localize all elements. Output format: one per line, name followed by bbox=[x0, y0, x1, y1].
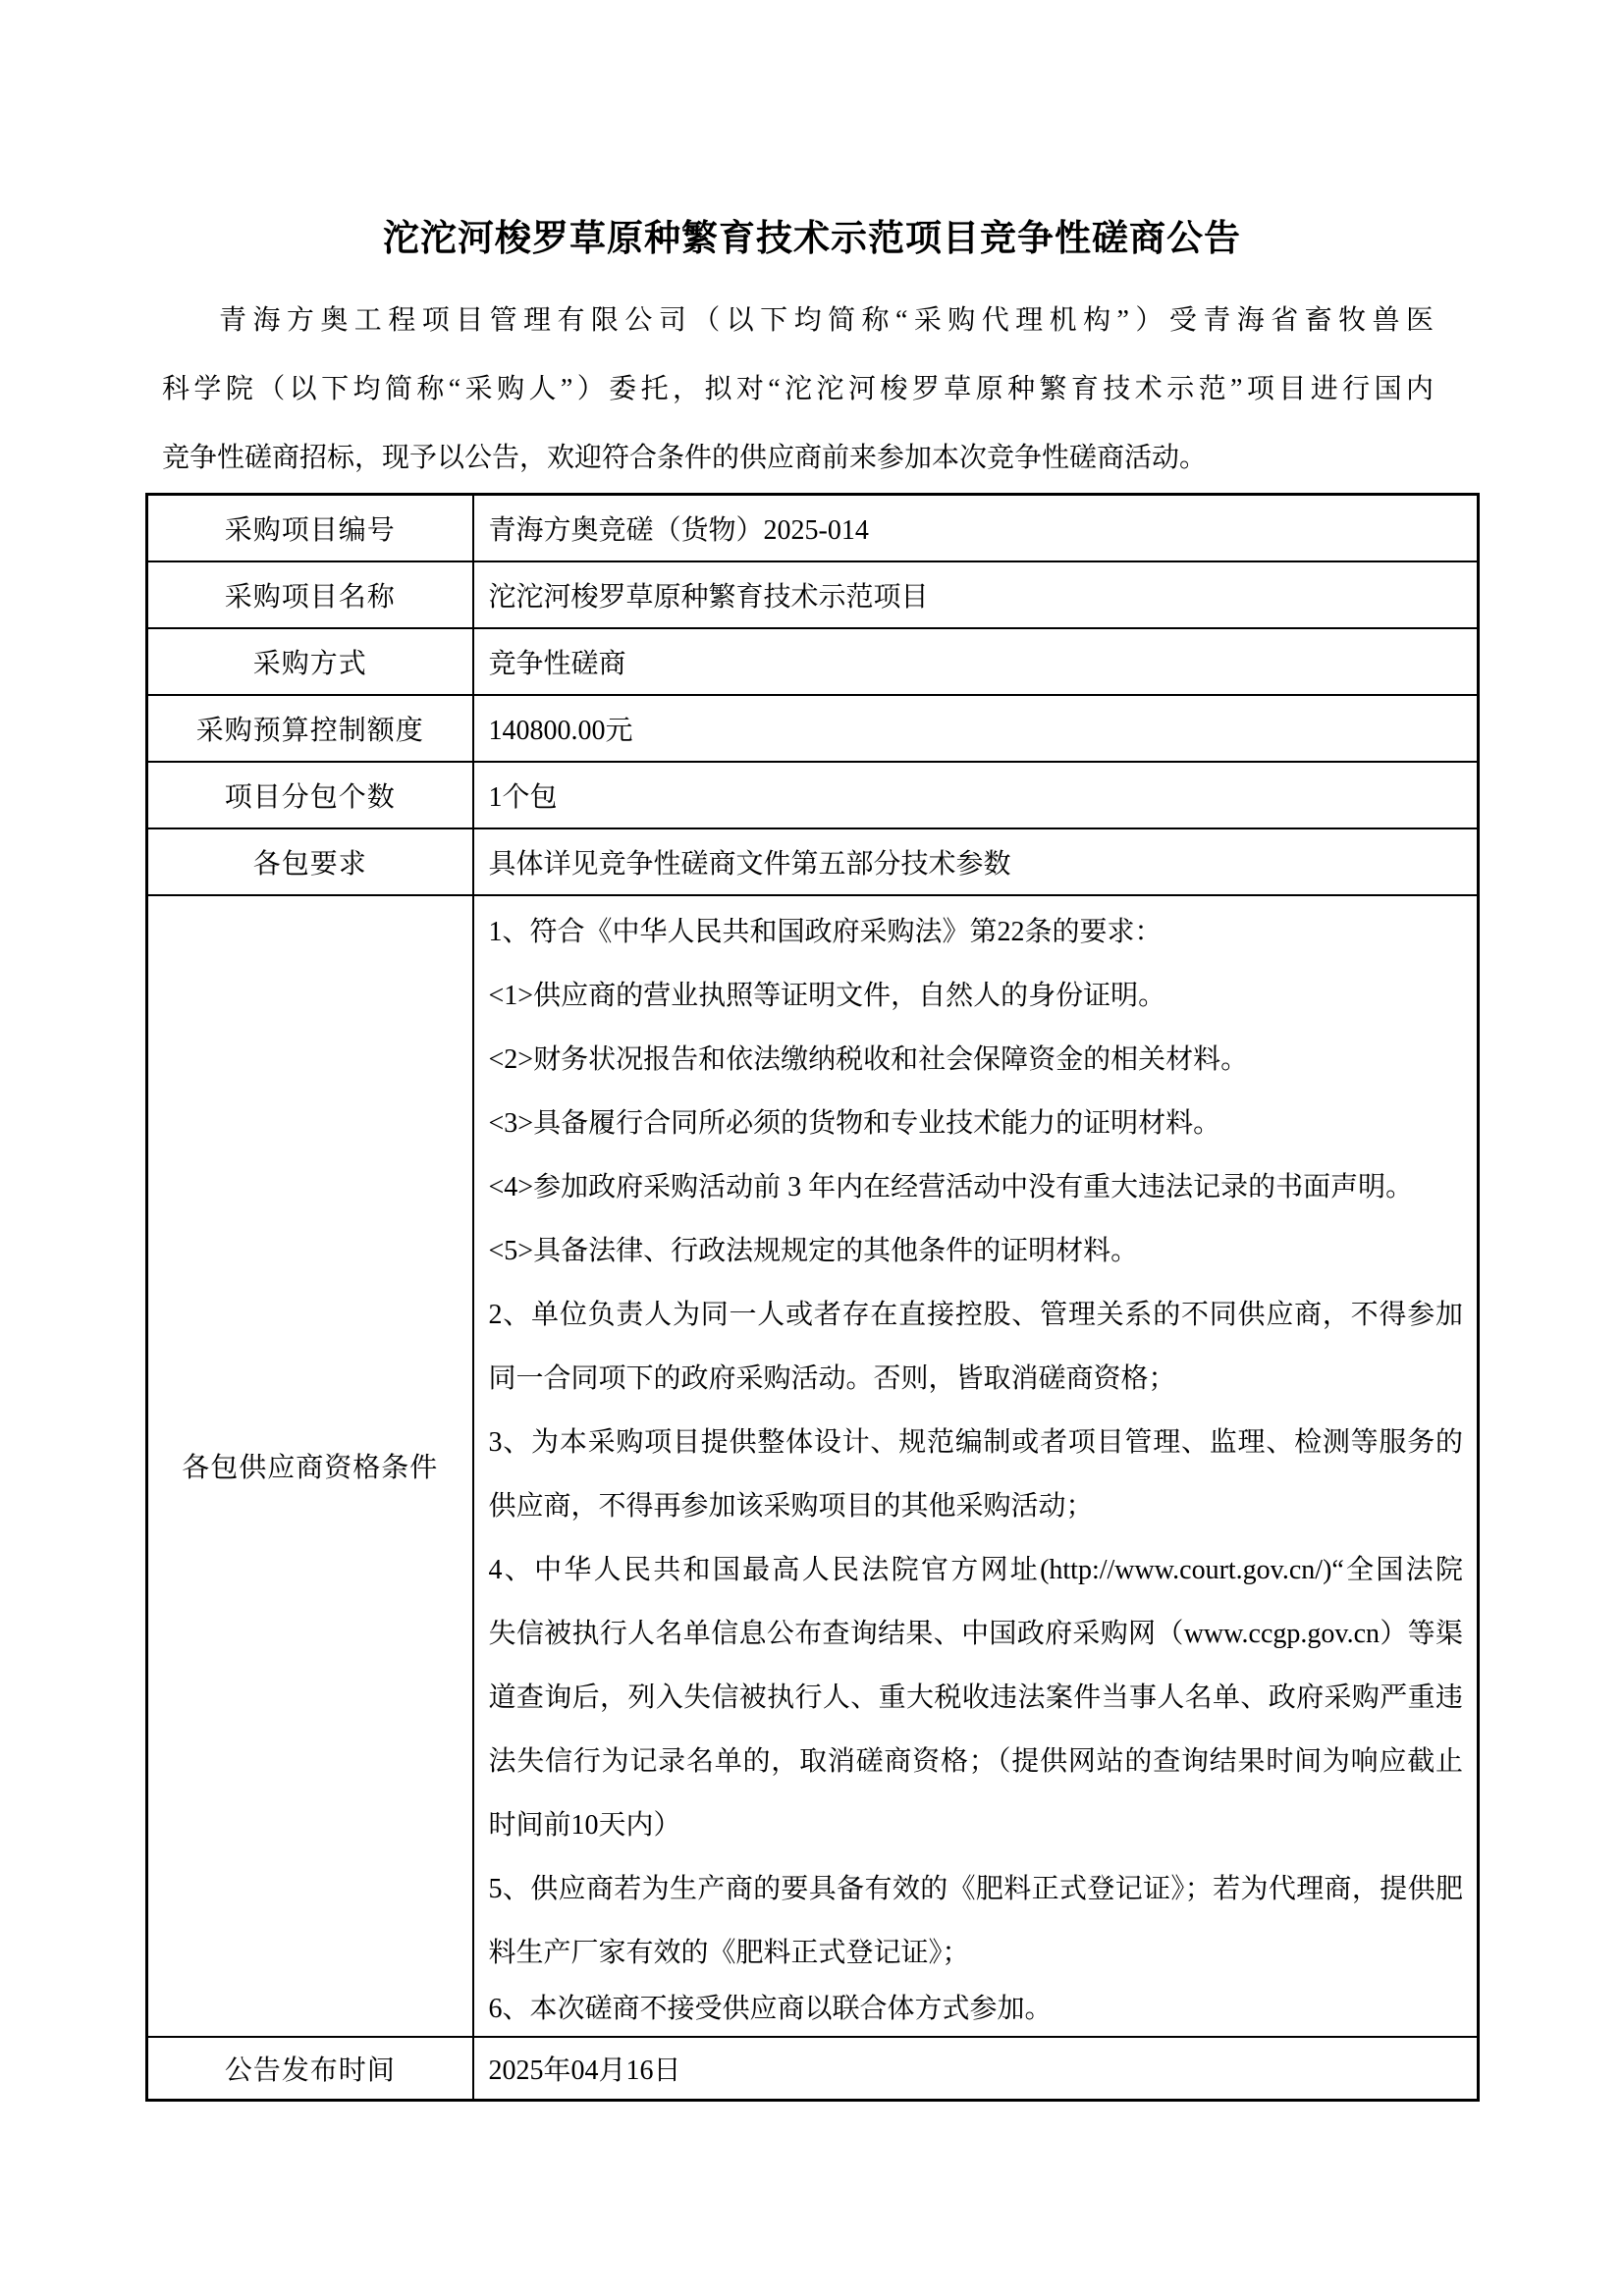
row-value: 竞争性磋商 bbox=[473, 628, 1479, 695]
table-row: 各包要求 具体详见竞争性磋商文件第五部分技术参数 bbox=[147, 828, 1479, 895]
qualification-line: <1>供应商的营业执照等证明文件，自然人的身份证明。 bbox=[489, 964, 1464, 1028]
row-value: 青海方奥竞磋（货物）2025-014 bbox=[473, 495, 1479, 561]
intro-line: 青海方奥工程项目管理有限公司（以下均简称“采购代理机构”）受青海省畜牧兽医 bbox=[162, 287, 1434, 355]
table-row: 采购项目名称 沱沱河梭罗草原种繁育技术示范项目 bbox=[147, 561, 1479, 628]
qualification-line: 4、中华人民共和国最高人民法院官方网址(http://www.court.gov… bbox=[489, 1538, 1464, 1602]
row-label: 采购方式 bbox=[147, 628, 473, 695]
qualification-line: 6、本次磋商不接受供应商以联合体方式参加。 bbox=[489, 1985, 1464, 2034]
table-row: 采购方式 竞争性磋商 bbox=[147, 628, 1479, 695]
table-row: 项目分包个数 1个包 bbox=[147, 762, 1479, 828]
intro-paragraph: 青海方奥工程项目管理有限公司（以下均简称“采购代理机构”）受青海省畜牧兽医 科学… bbox=[162, 287, 1434, 493]
qualification-line: 3、为本采购项目提供整体设计、规范编制或者项目管理、监理、检测等服务的 bbox=[489, 1411, 1464, 1474]
qualification-line: 失信被执行人名单信息公布查询结果、中国政府采购网（www.ccgp.gov.cn… bbox=[489, 1602, 1464, 1666]
publish-date-row: 公告发布时间 2025年04月16日 bbox=[147, 2037, 1479, 2101]
qualification-line: 时间前10天内） bbox=[489, 1793, 1464, 1857]
qualification-line: 料生产厂家有效的《肥料正式登记证》； bbox=[489, 1921, 1464, 1985]
intro-line: 科学院（以下均简称“采购人”）委托，拟对“沱沱河梭罗草原种繁育技术示范”项目进行… bbox=[162, 355, 1434, 424]
announcement-table: 采购项目编号 青海方奥竞磋（货物）2025-014 采购项目名称 沱沱河梭罗草原… bbox=[145, 493, 1480, 2102]
row-label: 各包供应商资格条件 bbox=[147, 895, 473, 2037]
qualification-line: 供应商，不得再参加该采购项目的其他采购活动； bbox=[489, 1474, 1464, 1538]
row-label: 项目分包个数 bbox=[147, 762, 473, 828]
qualification-line: 5、供应商若为生产商的要具备有效的《肥料正式登记证》；若为代理商，提供肥 bbox=[489, 1857, 1464, 1921]
row-label: 各包要求 bbox=[147, 828, 473, 895]
qualification-line: <5>具备法律、行政法规规定的其他条件的证明材料。 bbox=[489, 1219, 1464, 1283]
page-title: 沱沱河梭罗草原种繁育技术示范项目竞争性磋商公告 bbox=[98, 208, 1526, 261]
qualification-row: 各包供应商资格条件 1、符合《中华人民共和国政府采购法》第22条的要求： <1>… bbox=[147, 895, 1479, 2037]
row-label: 采购项目编号 bbox=[147, 495, 473, 561]
row-value: 140800.00元 bbox=[473, 695, 1479, 762]
row-value: 1个包 bbox=[473, 762, 1479, 828]
qualification-line: 道查询后，列入失信被执行人、重大税收违法案件当事人名单、政府采购严重违 bbox=[489, 1666, 1464, 1730]
row-value: 具体详见竞争性磋商文件第五部分技术参数 bbox=[473, 828, 1479, 895]
row-label: 公告发布时间 bbox=[147, 2037, 473, 2101]
qualification-line: <4>参加政府采购活动前 3 年内在经营活动中没有重大违法记录的书面声明。 bbox=[489, 1155, 1464, 1219]
intro-line: 竞争性磋商招标，现予以公告，欢迎符合条件的供应商前来参加本次竞争性磋商活动。 bbox=[162, 424, 1434, 493]
qualification-line: 2、单位负责人为同一人或者存在直接控股、管理关系的不同供应商，不得参加 bbox=[489, 1283, 1464, 1347]
row-value: 沱沱河梭罗草原种繁育技术示范项目 bbox=[473, 561, 1479, 628]
table-row: 采购预算控制额度 140800.00元 bbox=[147, 695, 1479, 762]
qualification-line: <2>财务状况报告和依法缴纳税收和社会保障资金的相关材料。 bbox=[489, 1028, 1464, 1092]
row-label: 采购预算控制额度 bbox=[147, 695, 473, 762]
qualification-line: 1、符合《中华人民共和国政府采购法》第22条的要求： bbox=[489, 900, 1464, 964]
qualification-content: 1、符合《中华人民共和国政府采购法》第22条的要求： <1>供应商的营业执照等证… bbox=[473, 895, 1479, 2037]
qualification-line: 同一合同项下的政府采购活动。否则，皆取消磋商资格； bbox=[489, 1347, 1464, 1411]
qualification-line: 法失信行为记录名单的，取消磋商资格；（提供网站的查询结果时间为响应截止 bbox=[489, 1730, 1464, 1793]
qualification-line: <3>具备履行合同所必须的货物和专业技术能力的证明材料。 bbox=[489, 1092, 1464, 1155]
table-row: 采购项目编号 青海方奥竞磋（货物）2025-014 bbox=[147, 495, 1479, 561]
row-label: 采购项目名称 bbox=[147, 561, 473, 628]
row-value: 2025年04月16日 bbox=[473, 2037, 1479, 2101]
